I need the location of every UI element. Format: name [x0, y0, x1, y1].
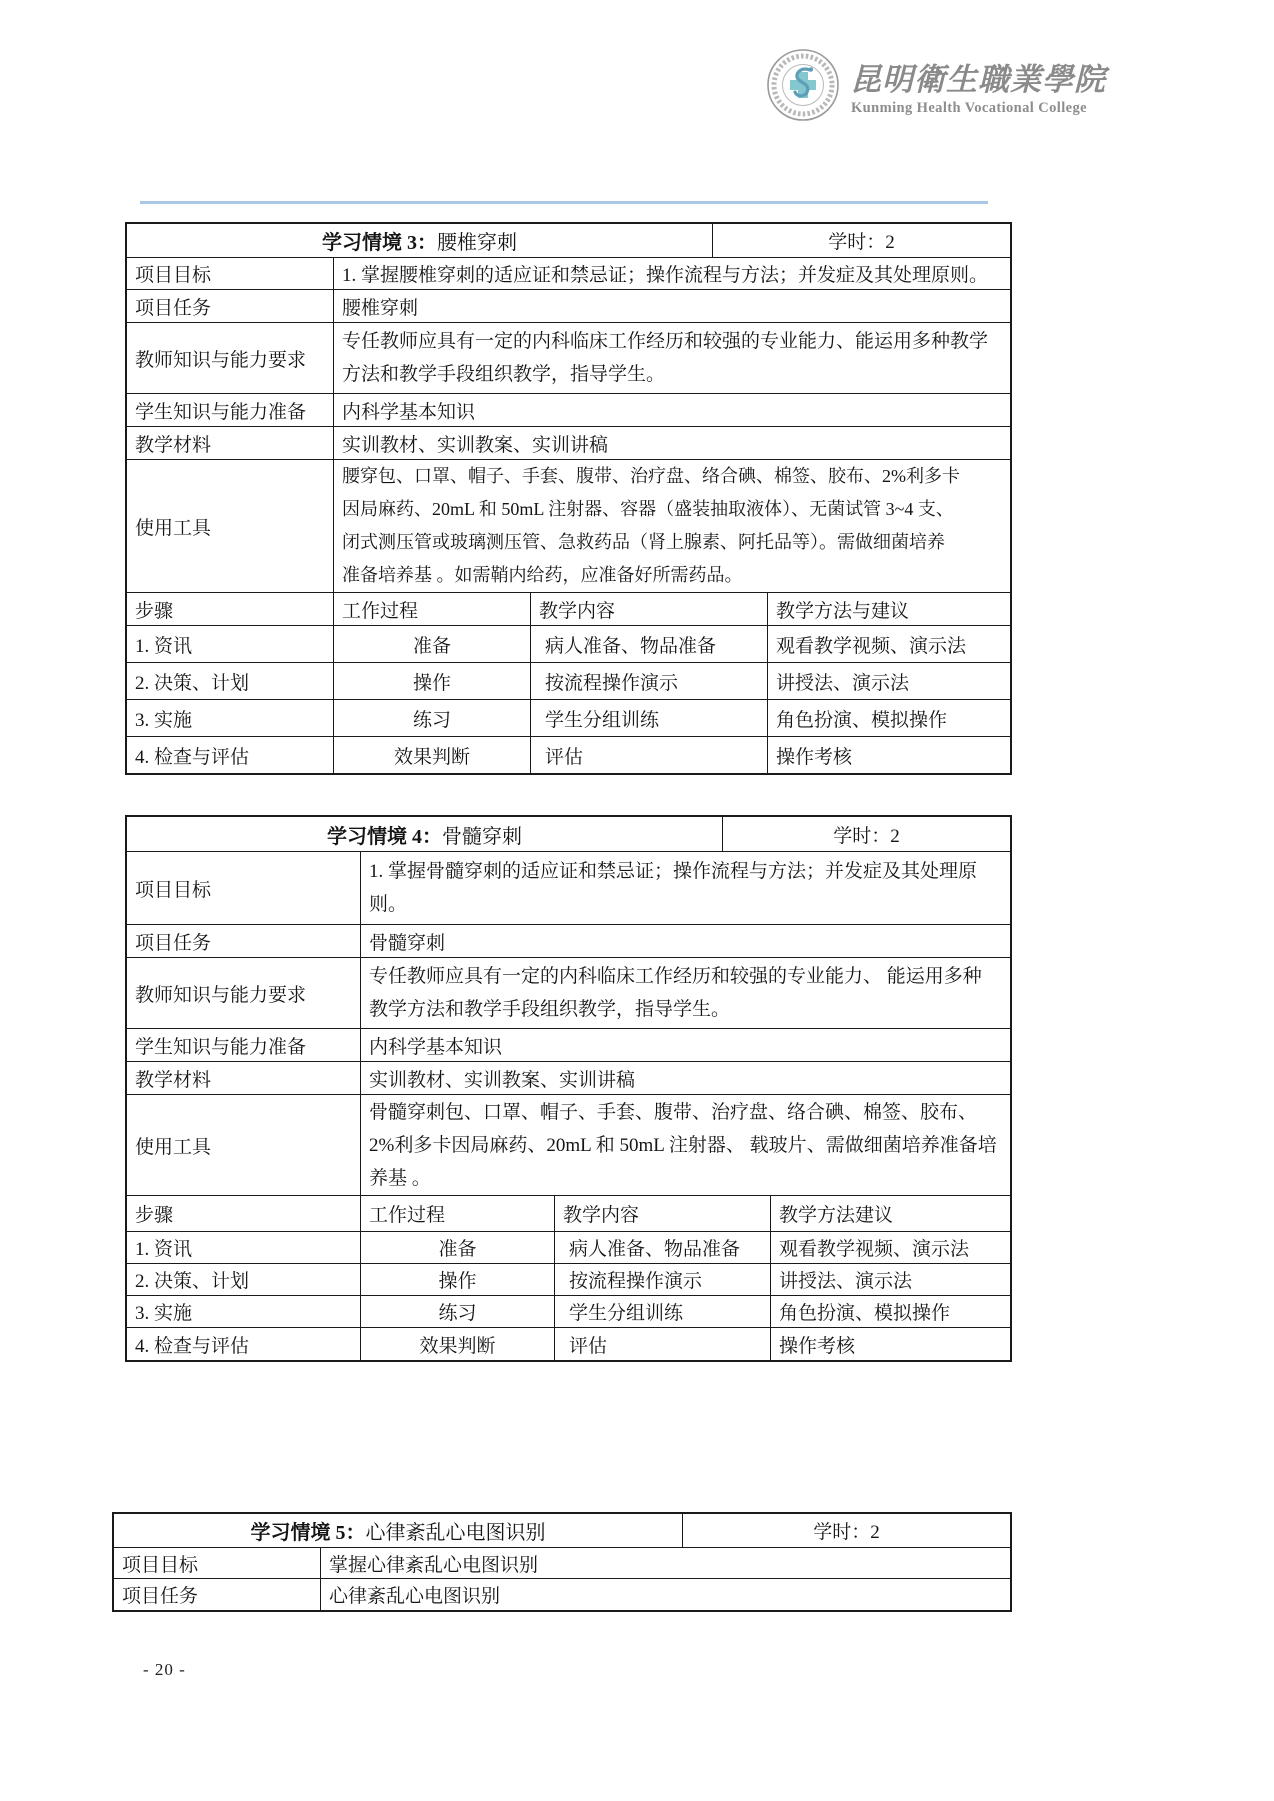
title-cell: 学习情境 5：心律紊乱心电图识别: [114, 1514, 682, 1547]
info-row: 项目目标 掌握心律紊乱心电图识别: [114, 1547, 1010, 1578]
info-content: 内科学基本知识: [360, 1029, 1010, 1061]
info-row: 教师知识与能力要求 专任教师应具有一定的内科临床工作经历和较强的专业能力、 能运…: [127, 957, 1010, 1028]
table-learning-situation-4: 学习情境 4：骨髓穿刺 学时：2 项目目标 1. 掌握骨髓穿刺的适应证和禁忌证；…: [125, 815, 1012, 1362]
steps-header-cell: 工作过程: [333, 593, 530, 625]
step-process: 练习: [360, 1296, 554, 1327]
steps-header-cell: 步骤: [127, 1196, 360, 1231]
step-content: 按流程操作演示: [554, 1264, 770, 1295]
college-name-english: Kunming Health Vocational College: [851, 100, 1087, 117]
step-method: 讲授法、演示法: [767, 663, 1010, 699]
table-learning-situation-5: 学习情境 5：心律紊乱心电图识别 学时：2 项目目标 掌握心律紊乱心电图识别 项…: [112, 1512, 1012, 1612]
info-content: 实训教材、实训教案、实训讲稿: [333, 427, 1010, 459]
step-process: 操作: [333, 663, 530, 699]
step-process: 练习: [333, 700, 530, 736]
info-content: 腰椎穿刺: [333, 290, 1010, 322]
table-title-row: 学习情境 4：骨髓穿刺 学时：2: [127, 817, 1010, 851]
info-label: 项目目标: [127, 258, 333, 289]
steps-header-row: 步骤 工作过程 教学内容 教学方法建议: [127, 1195, 1010, 1231]
info-row: 学生知识与能力准备 内科学基本知识: [127, 393, 1010, 426]
info-row: 使用工具 腰穿包、口罩、帽子、手套、腹带、治疗盘、络合碘、棉签、胶布、2%利多卡…: [127, 459, 1010, 592]
college-seal-icon: [766, 48, 840, 127]
step-row: 2. 决策、计划 操作 按流程操作演示 讲授法、演示法: [127, 662, 1010, 699]
table-learning-situation-3: 学习情境 3：腰椎穿刺 学时：2 项目目标 1. 掌握腰椎穿刺的适应证和禁忌证；…: [125, 222, 1012, 775]
info-label: 教师知识与能力要求: [127, 958, 360, 1028]
steps-header-cell: 教学方法与建议: [767, 593, 1010, 625]
step-content: 病人准备、物品准备: [554, 1232, 770, 1263]
header-divider-line: [140, 201, 988, 204]
hours-cell: 学时：2: [722, 817, 1010, 851]
info-label: 教学材料: [127, 1062, 360, 1094]
info-content: 专任教师应具有一定的内科临床工作经历和较强的专业能力、能运用多种教学 方法和教学…: [333, 323, 1010, 393]
info-row: 教学材料 实训教材、实训教案、实训讲稿: [127, 426, 1010, 459]
steps-header-cell: 步骤: [127, 593, 333, 625]
step-method: 操作考核: [770, 1328, 1010, 1360]
step-method: 观看教学视频、演示法: [767, 626, 1010, 662]
step-name: 1. 资讯: [127, 626, 333, 662]
hours-cell: 学时：2: [712, 224, 1010, 257]
step-method: 观看教学视频、演示法: [770, 1232, 1010, 1263]
title-cell: 学习情境 3：腰椎穿刺: [127, 224, 712, 257]
step-name: 4. 检查与评估: [127, 1328, 360, 1360]
info-content: 实训教材、实训教案、实训讲稿: [360, 1062, 1010, 1094]
step-method: 讲授法、演示法: [770, 1264, 1010, 1295]
step-row: 3. 实施 练习 学生分组训练 角色扮演、模拟操作: [127, 1295, 1010, 1327]
step-process: 效果判断: [333, 737, 530, 773]
step-content: 评估: [530, 737, 767, 773]
info-label: 项目任务: [114, 1579, 320, 1610]
info-label: 学生知识与能力准备: [127, 1029, 360, 1061]
info-label: 教学材料: [127, 427, 333, 459]
info-content: 内科学基本知识: [333, 394, 1010, 426]
info-label: 使用工具: [127, 460, 333, 592]
step-name: 3. 实施: [127, 700, 333, 736]
info-content: 1. 掌握骨髓穿刺的适应证和禁忌证；操作流程与方法；并发症及其处理原 则。: [360, 852, 1010, 924]
info-row: 教师知识与能力要求 专任教师应具有一定的内科临床工作经历和较强的专业能力、能运用…: [127, 322, 1010, 393]
info-content: 骨髓穿刺包、口罩、帽子、手套、腹带、治疗盘、络合碘、棉签、胶布、 2%利多卡因局…: [360, 1095, 1010, 1195]
step-process: 准备: [360, 1232, 554, 1263]
info-content: 骨髓穿刺: [360, 925, 1010, 957]
step-row: 3. 实施 练习 学生分组训练 角色扮演、模拟操作: [127, 699, 1010, 736]
hours-cell: 学时：2: [682, 1514, 1010, 1547]
info-label: 使用工具: [127, 1095, 360, 1195]
title-text: 腰椎穿刺: [437, 226, 517, 255]
table-title-row: 学习情境 5：心律紊乱心电图识别 学时：2: [114, 1514, 1010, 1547]
step-row: 1. 资讯 准备 病人准备、物品准备 观看教学视频、演示法: [127, 625, 1010, 662]
info-content: 掌握心律紊乱心电图识别: [320, 1548, 1010, 1578]
step-content: 按流程操作演示: [530, 663, 767, 699]
info-content: 腰穿包、口罩、帽子、手套、腹带、治疗盘、络合碘、棉签、胶布、2%利多卡 因局麻药…: [333, 460, 1010, 592]
info-label: 项目任务: [127, 925, 360, 957]
step-method: 角色扮演、模拟操作: [767, 700, 1010, 736]
info-row: 项目任务 心律紊乱心电图识别: [114, 1578, 1010, 1610]
step-name: 4. 检查与评估: [127, 737, 333, 773]
title-label: 学习情境 4：: [327, 820, 442, 849]
step-content: 评估: [554, 1328, 770, 1360]
title-text: 心律紊乱心电图识别: [366, 1516, 546, 1545]
steps-header-cell: 工作过程: [360, 1196, 554, 1231]
info-content: 专任教师应具有一定的内科临床工作经历和较强的专业能力、 能运用多种 教学方法和教…: [360, 958, 1010, 1028]
step-name: 3. 实施: [127, 1296, 360, 1327]
step-name: 2. 决策、计划: [127, 1264, 360, 1295]
step-name: 1. 资讯: [127, 1232, 360, 1263]
title-text: 骨髓穿刺: [442, 820, 522, 849]
info-row: 项目任务 骨髓穿刺: [127, 924, 1010, 957]
info-label: 项目目标: [127, 852, 360, 924]
title-label: 学习情境 3：: [322, 226, 437, 255]
step-method: 操作考核: [767, 737, 1010, 773]
info-label: 项目目标: [114, 1548, 320, 1578]
title-label: 学习情境 5：: [251, 1516, 366, 1545]
steps-header-cell: 教学内容: [554, 1196, 770, 1231]
step-row: 2. 决策、计划 操作 按流程操作演示 讲授法、演示法: [127, 1263, 1010, 1295]
info-row: 项目目标 1. 掌握骨髓穿刺的适应证和禁忌证；操作流程与方法；并发症及其处理原 …: [127, 851, 1010, 924]
info-row: 使用工具 骨髓穿刺包、口罩、帽子、手套、腹带、治疗盘、络合碘、棉签、胶布、 2%…: [127, 1094, 1010, 1195]
info-label: 教师知识与能力要求: [127, 323, 333, 393]
step-process: 准备: [333, 626, 530, 662]
table-title-row: 学习情境 3：腰椎穿刺 学时：2: [127, 224, 1010, 257]
college-name-chinese: 昆明衛生職業學院: [850, 54, 1110, 99]
info-row: 学生知识与能力准备 内科学基本知识: [127, 1028, 1010, 1061]
info-label: 项目任务: [127, 290, 333, 322]
steps-header-cell: 教学内容: [530, 593, 767, 625]
info-content: 1. 掌握腰椎穿刺的适应证和禁忌证；操作流程与方法；并发症及其处理原则。: [333, 258, 1010, 289]
step-row: 4. 检查与评估 效果判断 评估 操作考核: [127, 736, 1010, 773]
step-name: 2. 决策、计划: [127, 663, 333, 699]
info-row: 项目任务 腰椎穿刺: [127, 289, 1010, 322]
steps-header-row: 步骤 工作过程 教学内容 教学方法与建议: [127, 592, 1010, 625]
steps-header-cell: 教学方法建议: [770, 1196, 1010, 1231]
info-row: 项目目标 1. 掌握腰椎穿刺的适应证和禁忌证；操作流程与方法；并发症及其处理原则…: [127, 257, 1010, 289]
step-row: 4. 检查与评估 效果判断 评估 操作考核: [127, 1327, 1010, 1360]
step-method: 角色扮演、模拟操作: [770, 1296, 1010, 1327]
step-content: 学生分组训练: [554, 1296, 770, 1327]
page-number: - 20 -: [143, 1660, 186, 1680]
step-process: 操作: [360, 1264, 554, 1295]
title-cell: 学习情境 4：骨髓穿刺: [127, 817, 722, 851]
info-label: 学生知识与能力准备: [127, 394, 333, 426]
step-row: 1. 资讯 准备 病人准备、物品准备 观看教学视频、演示法: [127, 1231, 1010, 1263]
info-content: 心律紊乱心电图识别: [320, 1579, 1010, 1610]
info-row: 教学材料 实训教材、实训教案、实训讲稿: [127, 1061, 1010, 1094]
step-process: 效果判断: [360, 1328, 554, 1360]
step-content: 病人准备、物品准备: [530, 626, 767, 662]
step-content: 学生分组训练: [530, 700, 767, 736]
